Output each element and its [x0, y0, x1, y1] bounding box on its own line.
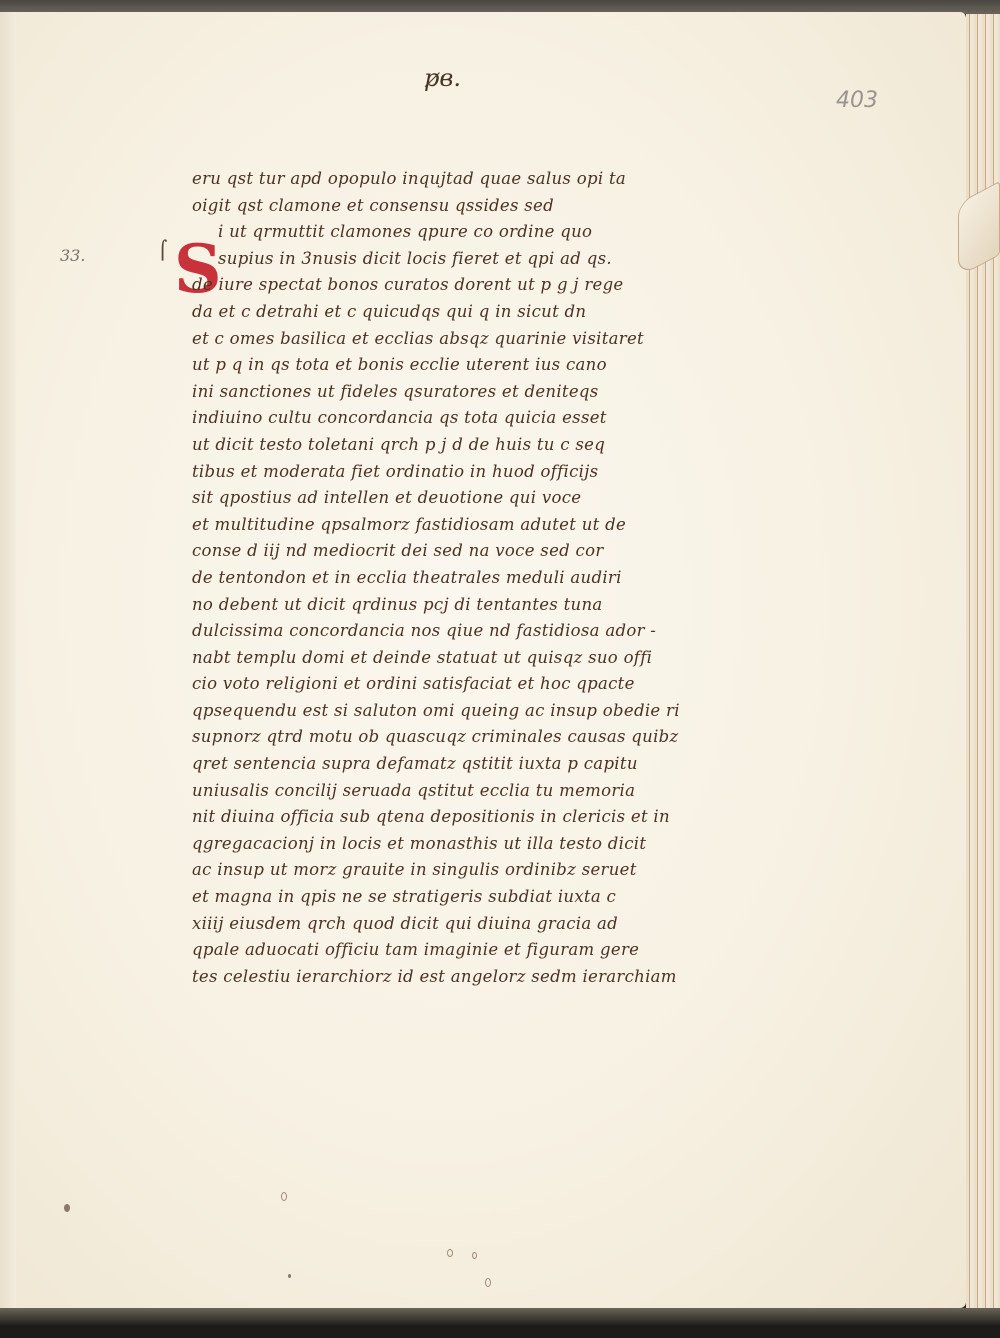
text-line: et multitudine qpsalmorz fastidiosam adu…: [192, 512, 782, 539]
ink-spot: [64, 1204, 70, 1212]
text-line: tibus et moderata fiet ordinatio in huod…: [192, 459, 782, 486]
text-line: nit diuina officia sub qtena depositioni…: [192, 804, 782, 831]
text-line: dulcissima concordancia nos qiue nd fast…: [192, 618, 782, 645]
text-line: xiiij eiusdem qrch quod dicit qui diuina…: [192, 911, 782, 938]
text-line: eru qst tur apd opopulo inqujtad quae sa…: [192, 166, 782, 193]
text-line: de tentondon et in ecclia theatrales med…: [192, 565, 782, 592]
page-blemish: [281, 1192, 287, 1201]
text-line: ut p q in qs tota et bonis ecclie uteren…: [192, 352, 782, 379]
text-line: da et c detrahi et c quicudqs qui q in s…: [192, 299, 782, 326]
text-line: et magna in qpis ne se stratigeris subdi…: [192, 884, 782, 911]
manuscript-text-block: eru qst tur apd opopulo inqujtad quae sa…: [192, 166, 782, 990]
text-line: supnorz qtrd motu ob quascuqz criminales…: [192, 724, 782, 751]
paragraph-mark-icon: ⌠: [158, 240, 167, 261]
page-blemish: [447, 1249, 453, 1257]
book-bottom-edge: [0, 1308, 1000, 1338]
text-line: qpale aduocati officiu tam imaginie et f…: [192, 937, 782, 964]
text-line: no debent ut dicit qrdinus pcj di tentan…: [192, 592, 782, 619]
text-line: de iure spectat bonos curatos dorent ut …: [192, 272, 782, 299]
text-line: indiuino cultu concordancia qs tota quic…: [192, 405, 782, 432]
margin-chapter-number: 33.: [60, 246, 85, 265]
text-line: cio voto religioni et ordini satisfaciat…: [192, 671, 782, 698]
page-blemish: [472, 1252, 477, 1259]
text-line: et c omes basilica et ecclias absqz quar…: [192, 326, 782, 353]
facing-leaf-edge: [0, 12, 17, 1312]
text-line: i ut qrmuttit clamones qpure co ordine q…: [192, 219, 782, 246]
text-line: conse d iij nd mediocrit dei sed na voce…: [192, 538, 782, 565]
running-header: p̷в.: [424, 64, 461, 92]
text-line: qpsequendu est si saluton omi queing ac …: [192, 698, 782, 725]
text-line: qgregacacionj in locis et monasthis ut i…: [192, 831, 782, 858]
text-line: ini sanctiones ut fideles qsuratores et …: [192, 379, 782, 406]
text-line: oigit qst clamone et consensu qssides se…: [192, 193, 782, 220]
text-line: ut dicit testo toletani qrch p j d de hu…: [192, 432, 782, 459]
text-line: ac insup ut morz grauite in singulis ord…: [192, 857, 782, 884]
text-line: uniusalis concilij seruada qstitut eccli…: [192, 778, 782, 805]
text-line: tes celestiu ierarchiorz id est angelorz…: [192, 964, 782, 991]
text-line: sit qpostius ad intellen et deuotione qu…: [192, 485, 782, 512]
ink-spot: [288, 1274, 291, 1278]
page-blemish: [485, 1278, 491, 1287]
text-line: nabt templu domi et deinde statuat ut qu…: [192, 645, 782, 672]
text-line: supius in 3nusis dicit locis fieret et q…: [192, 246, 782, 273]
text-line: qret sentencia supra defamatz qstitit iu…: [192, 751, 782, 778]
folio-number: 403: [836, 88, 878, 113]
